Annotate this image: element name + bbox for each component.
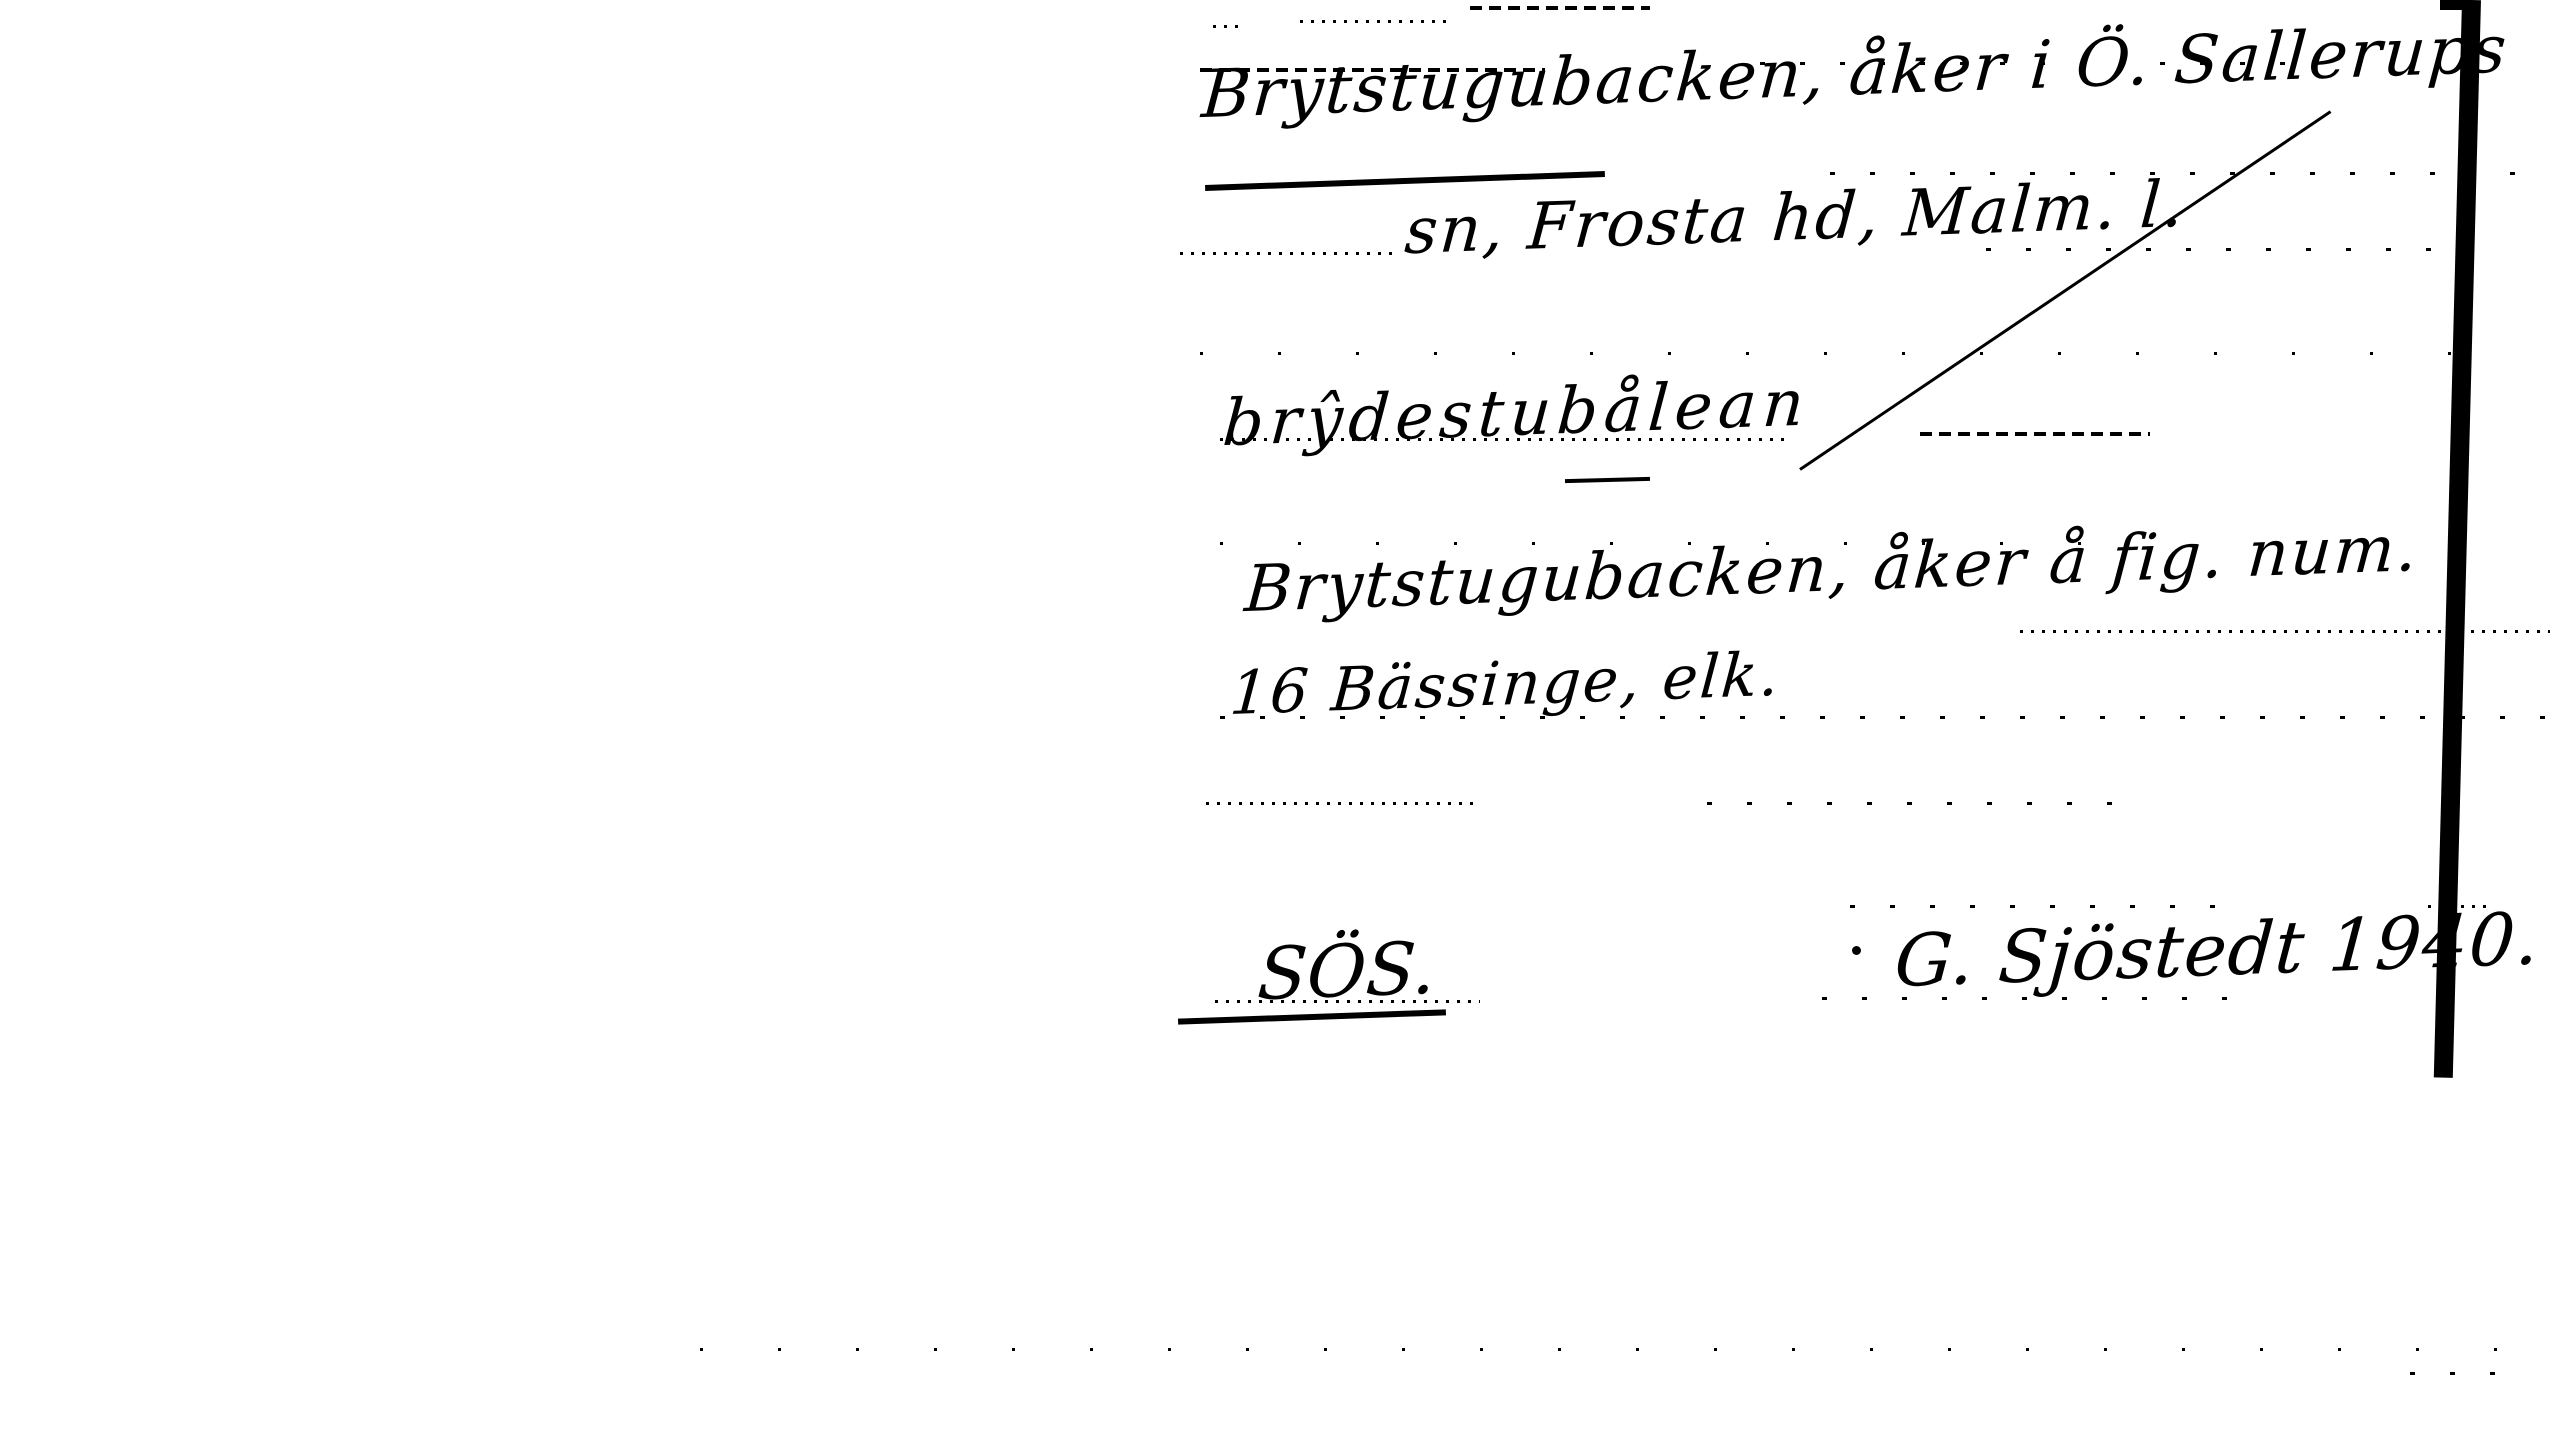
entry-description: , åker å fig. num.	[1826, 512, 2421, 607]
heading-underline	[1205, 171, 1605, 191]
ruled-line	[1200, 352, 2500, 355]
ruled-line	[1206, 802, 1481, 805]
ruled-line	[2020, 630, 2550, 633]
entry-place-name: Brytstugubacken	[1242, 532, 1831, 627]
ruled-line	[1850, 905, 2230, 908]
heading-description: , åker i Ö. Sallerups	[1801, 10, 2511, 112]
heading-line: Brytstugubacken, åker i Ö. Sallerups	[1200, 16, 2511, 128]
ruled-line	[1470, 6, 1650, 10]
bottom-dotted-line	[700, 1348, 2540, 1351]
ruled-line	[1707, 802, 2127, 805]
phonetic-underline	[1565, 477, 1650, 483]
place-name-heading: Brytstugubacken	[1199, 35, 1806, 133]
phonetic-transcription: brŷdestubålean	[1221, 371, 1812, 456]
ruled-line	[1920, 432, 2150, 436]
scanned-index-card: Brytstugubacken, åker i Ö. Sallerups sn,…	[0, 0, 2559, 1452]
excerpt-mark: SÖS.	[1255, 932, 1438, 1010]
ink-dot	[1852, 946, 1861, 955]
entry-line-2: 16 Bässinge, elk.	[1228, 645, 1783, 724]
ruled-line	[1986, 248, 2456, 251]
ruled-line	[1300, 20, 1450, 23]
card-edge-shadow-top	[2440, 0, 2470, 10]
entry-line: Brytstugubacken, åker å fig. num.	[1243, 517, 2421, 622]
ruled-line	[2410, 1372, 2500, 1375]
ruled-line	[1180, 252, 1400, 255]
ruled-line	[1213, 25, 1239, 28]
pen-flourish-stroke	[1799, 110, 2331, 470]
